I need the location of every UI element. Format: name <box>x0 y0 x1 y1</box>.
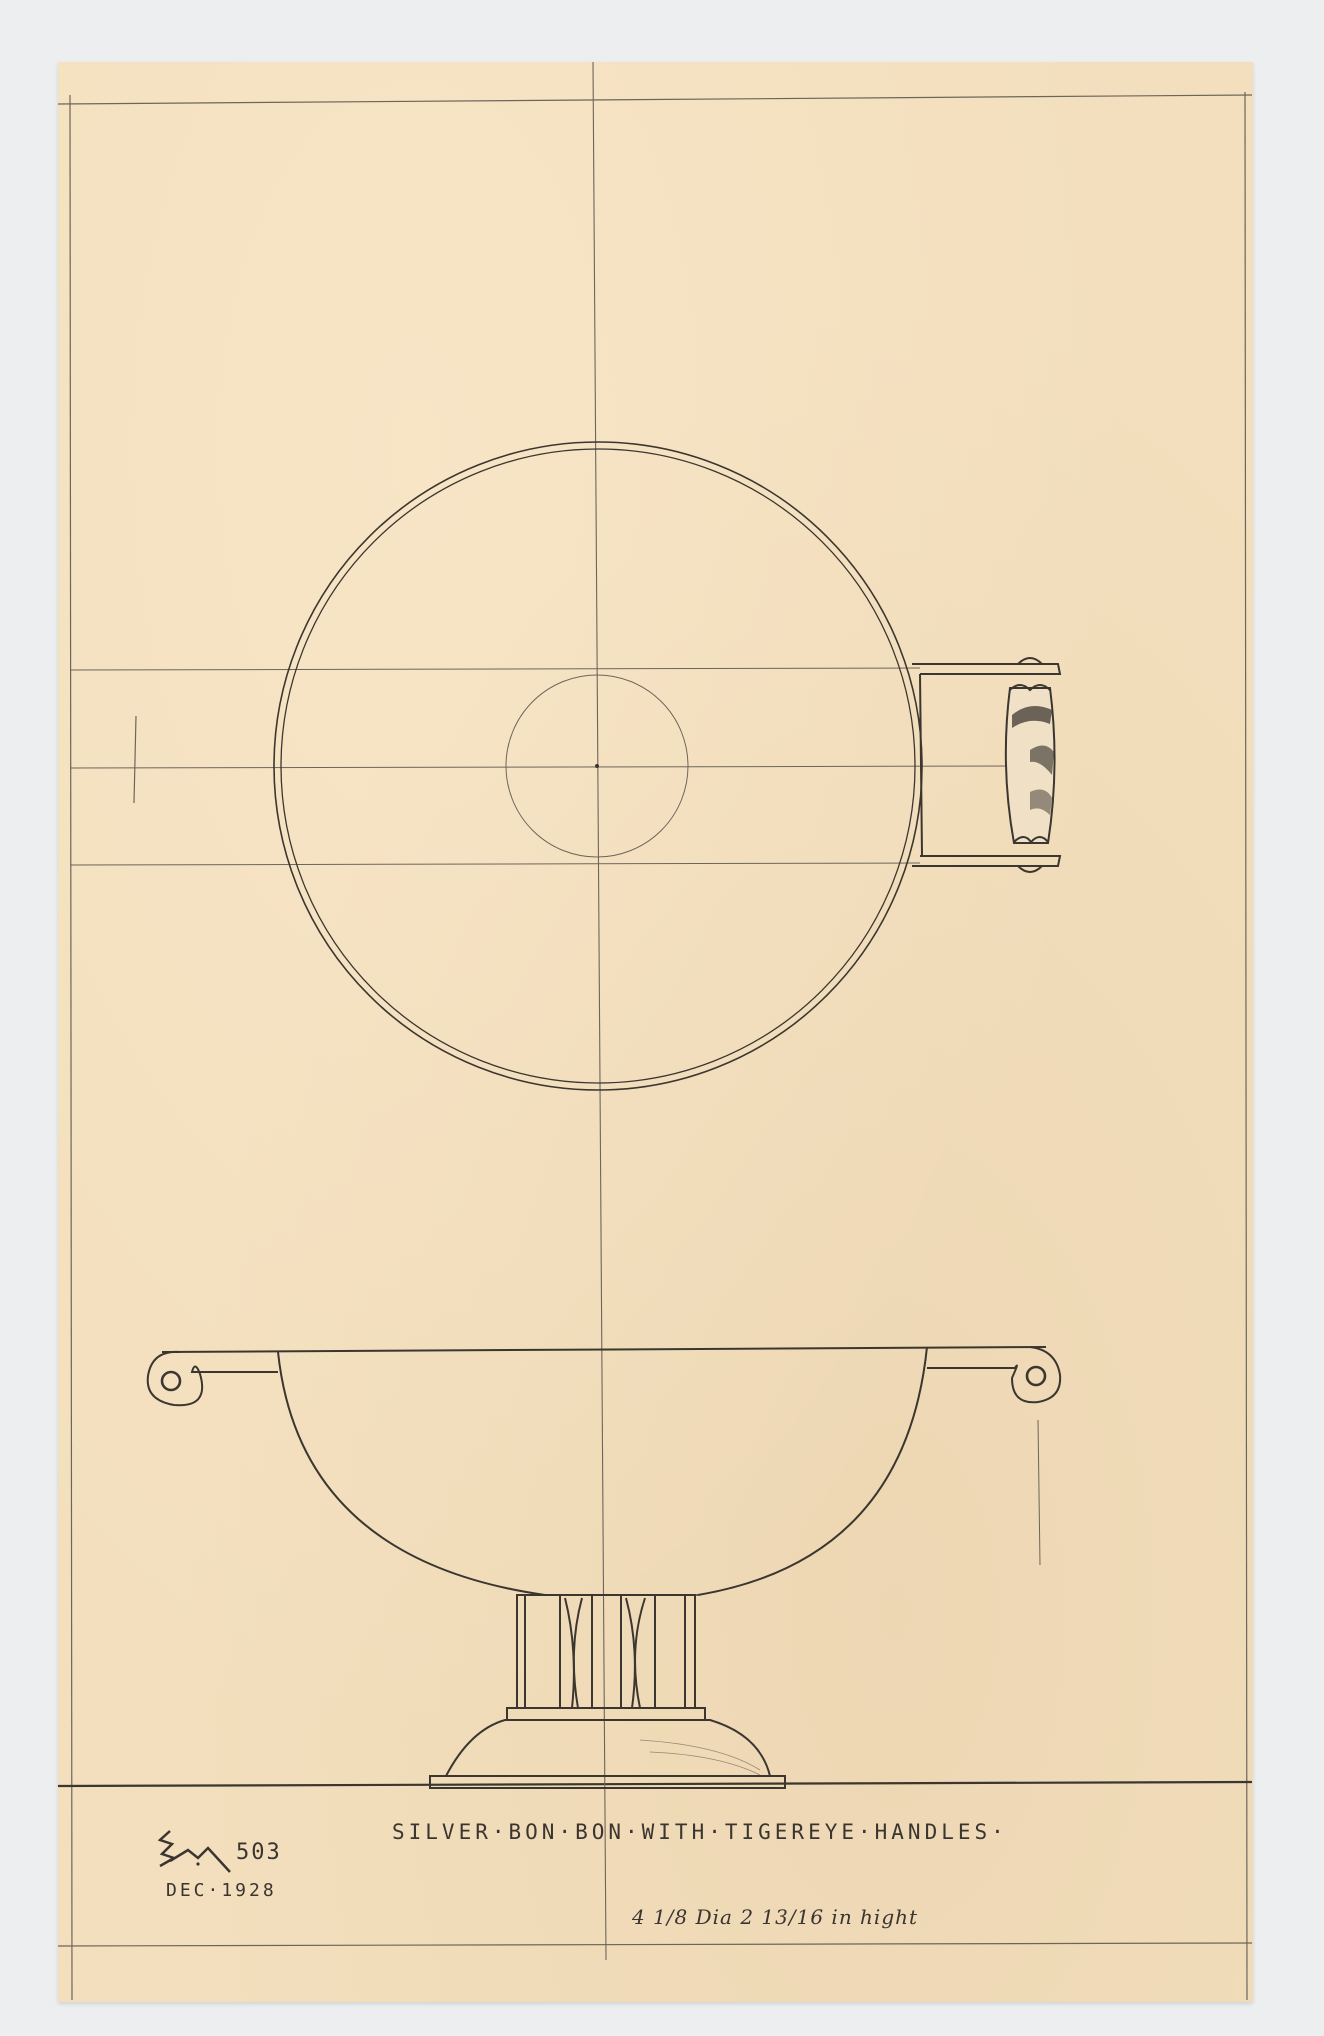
center-axis <box>593 62 606 1960</box>
scroll-handle-right <box>927 1347 1060 1402</box>
drawing-date: DEC·1928 <box>166 1880 277 1901</box>
technical-drawing <box>0 0 1324 2036</box>
drawing-title: SILVER·BON·BON·WITH·TIGEREYE·HANDLES· <box>392 1820 1008 1844</box>
tigereye-handle-plan <box>912 658 1060 872</box>
domed-foot <box>430 1720 785 1788</box>
plan-view <box>70 442 1060 1090</box>
monogram-icon <box>158 1828 238 1878</box>
fluted-stem <box>507 1595 705 1720</box>
scroll-handle-left <box>148 1352 278 1405</box>
dimensions-note: 4 1/8 Dia 2 13/16 in hight <box>632 1905 918 1929</box>
border-lines <box>58 92 1252 2000</box>
design-number: 503 <box>236 1840 282 1865</box>
